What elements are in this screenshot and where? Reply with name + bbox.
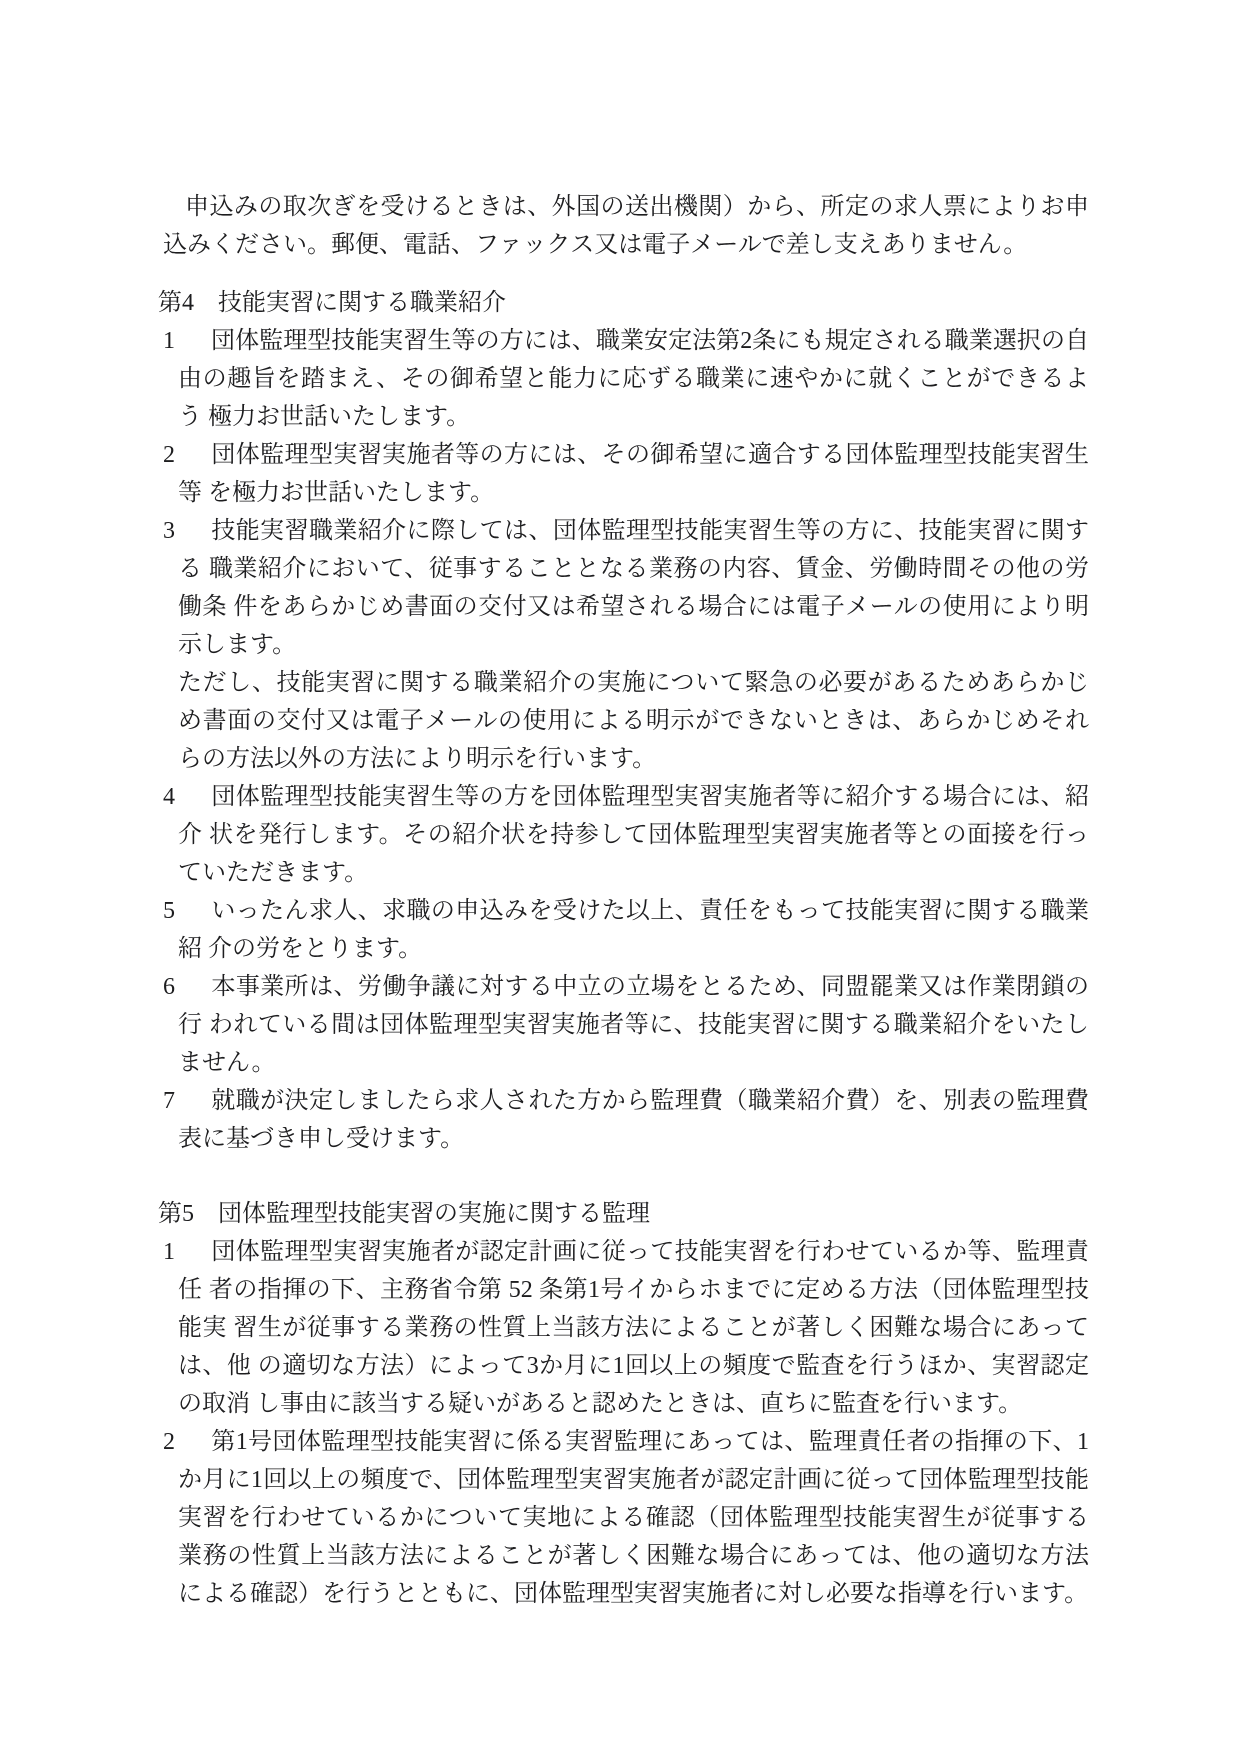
item-text: 技能実習職業紹介に際しては、団体監理型技能実習生等の方に、技能実習に関する 職業… [178, 518, 1089, 658]
item-paragraph: 2第1号団体監理型技能実習に係る実習監理にあっては、監理責任者の指揮の下、1か月… [178, 1423, 1089, 1613]
item-text: 就職が決定しましたら求人された方から監理費（職業紹介費）を、別表の監理費表に基づ… [178, 1088, 1089, 1152]
item-paragraph: 1団体監理型実習実施者が認定計画に従って技能実習を行わせているか等、監理責任 者… [178, 1233, 1089, 1423]
section-5: 第5 団体監理型技能実習の実施に関する監理 1団体監理型実習実施者が認定計画に従… [163, 1195, 1089, 1613]
item-text: 第1号団体監理型技能実習に係る実習監理にあっては、監理責任者の指揮の下、1か月に… [178, 1429, 1089, 1607]
document-body: 申込みの取次ぎを受けるときは、外国の送出機関）から、所定の求人票によりお申込みく… [163, 188, 1089, 1613]
item-text: いったん求人、求職の申込みを受けた以上、責任をもって技能実習に関する職業紹 介の… [178, 898, 1089, 962]
item-paragraph: ただし、技能実習に関する職業紹介の実施について緊急の必要があるためあらかじめ書面… [178, 664, 1089, 778]
item-paragraph: 1団体監理型技能実習生等の方には、職業安定法第2条にも規定される職業選択の自 由… [178, 322, 1089, 436]
list-item: 6本事業所は、労働争議に対する中立の立場をとるため、同盟罷業又は作業閉鎖の行 わ… [178, 968, 1089, 1082]
list-item: 1団体監理型技能実習生等の方には、職業安定法第2条にも規定される職業選択の自 由… [178, 322, 1089, 436]
intro-paragraph: 申込みの取次ぎを受けるときは、外国の送出機関）から、所定の求人票によりお申込みく… [163, 188, 1089, 264]
item-paragraph: 7就職が決定しましたら求人された方から監理費（職業紹介費）を、別表の監理費表に基… [178, 1082, 1089, 1158]
item-paragraph: 4団体監理型技能実習生等の方を団体監理型実習実施者等に紹介する場合には、紹介 状… [178, 778, 1089, 892]
section-heading: 第4 技能実習に関する職業紹介 [158, 284, 1089, 322]
section-heading: 第5 団体監理型技能実習の実施に関する監理 [158, 1195, 1089, 1233]
item-paragraph: 6本事業所は、労働争議に対する中立の立場をとるため、同盟罷業又は作業閉鎖の行 わ… [178, 968, 1089, 1082]
list-item: 2第1号団体監理型技能実習に係る実習監理にあっては、監理責任者の指揮の下、1か月… [178, 1423, 1089, 1613]
list-item: 3技能実習職業紹介に際しては、団体監理型技能実習生等の方に、技能実習に関する 職… [178, 512, 1089, 778]
item-number: 2 [163, 1423, 211, 1461]
list-item: 1団体監理型実習実施者が認定計画に従って技能実習を行わせているか等、監理責任 者… [178, 1233, 1089, 1423]
item-text: 本事業所は、労働争議に対する中立の立場をとるため、同盟罷業又は作業閉鎖の行 われ… [178, 974, 1089, 1076]
item-number: 1 [163, 322, 211, 360]
list-item: 4団体監理型技能実習生等の方を団体監理型実習実施者等に紹介する場合には、紹介 状… [178, 778, 1089, 892]
item-number: 4 [163, 778, 211, 816]
document-page: 申込みの取次ぎを受けるときは、外国の送出機関）から、所定の求人票によりお申込みく… [0, 0, 1241, 1755]
list-item: 7就職が決定しましたら求人された方から監理費（職業紹介費）を、別表の監理費表に基… [178, 1082, 1089, 1158]
item-number: 5 [163, 892, 211, 930]
item-number: 6 [163, 968, 211, 1006]
item-text: 団体監理型技能実習生等の方には、職業安定法第2条にも規定される職業選択の自 由の… [178, 328, 1089, 430]
list-item: 5いったん求人、求職の申込みを受けた以上、責任をもって技能実習に関する職業紹 介… [178, 892, 1089, 968]
item-text: 団体監理型実習実施者が認定計画に従って技能実習を行わせているか等、監理責任 者の… [178, 1239, 1089, 1417]
item-text: 団体監理型実習実施者等の方には、その御希望に適合する団体監理型技能実習生等 を極… [178, 442, 1089, 506]
item-paragraph: 3技能実習職業紹介に際しては、団体監理型技能実習生等の方に、技能実習に関する 職… [178, 512, 1089, 664]
item-number: 7 [163, 1082, 211, 1120]
section-4: 第4 技能実習に関する職業紹介 1団体監理型技能実習生等の方には、職業安定法第2… [163, 284, 1089, 1158]
item-paragraph: 5いったん求人、求職の申込みを受けた以上、責任をもって技能実習に関する職業紹 介… [178, 892, 1089, 968]
item-number: 3 [163, 512, 211, 550]
list-item: 2団体監理型実習実施者等の方には、その御希望に適合する団体監理型技能実習生等 を… [178, 436, 1089, 512]
item-text: 団体監理型技能実習生等の方を団体監理型実習実施者等に紹介する場合には、紹介 状を… [178, 784, 1089, 886]
item-number: 2 [163, 436, 211, 474]
item-number: 1 [163, 1233, 211, 1271]
item-paragraph: 2団体監理型実習実施者等の方には、その御希望に適合する団体監理型技能実習生等 を… [178, 436, 1089, 512]
